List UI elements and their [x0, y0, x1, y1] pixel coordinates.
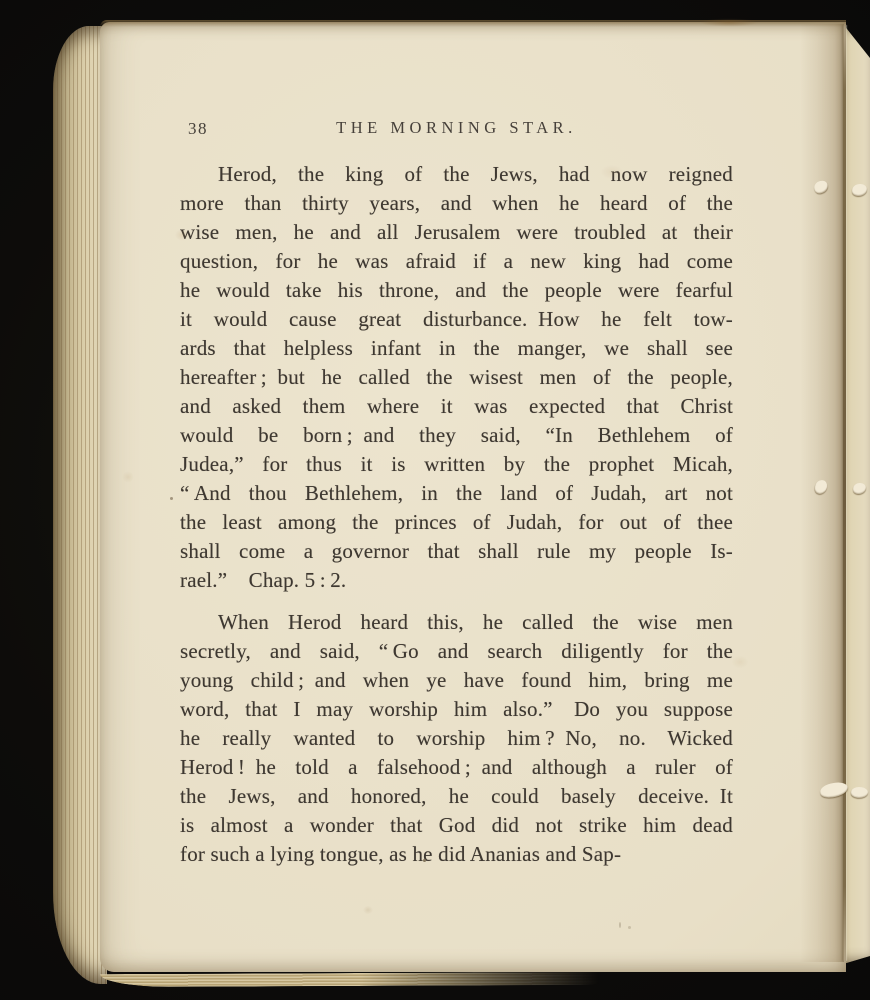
- text-block: Herod, the king of the Jews, had now rei…: [180, 160, 733, 869]
- text-line: word, that I may worship him also.” Do y…: [180, 695, 733, 724]
- book-page: 38 THE MORNING STAR. Herod, the king of …: [100, 22, 846, 972]
- text-line: is almost a wonder that God did not stri…: [180, 811, 733, 840]
- text-line: he would take his throne, and the people…: [180, 276, 733, 305]
- book-photo-scene: 38 THE MORNING STAR. Herod, the king of …: [0, 0, 870, 1000]
- stray-ink-dot: [170, 497, 173, 500]
- text-line: more than thirty years, and when he hear…: [180, 189, 733, 218]
- top-edge-stain: [690, 17, 768, 28]
- text-line: hereafter ; but he called the wisest men…: [180, 363, 733, 392]
- page-stack-edge-left: [53, 26, 107, 984]
- text-line: he really wanted to worship him ? No, no…: [180, 724, 733, 753]
- page-stack-edge-bottom: [100, 972, 620, 987]
- text-line: and asked them where it was expected tha…: [180, 392, 733, 421]
- faint-pencil-mark: [619, 922, 621, 928]
- text-line: would be born ; and they said, “In Bethl…: [180, 421, 733, 450]
- text-line: rael.” Chap. 5 : 2.: [180, 566, 733, 595]
- text-line: young child ; and when ye have found him…: [180, 666, 733, 695]
- text-line: question, for he was afraid if a new kin…: [180, 247, 733, 276]
- text-line: for such a lying tongue, as he did Anani…: [180, 840, 733, 869]
- text-line: shall come a governor that shall rule my…: [180, 537, 733, 566]
- paragraph: When Herod heard this, he called the wis…: [180, 608, 733, 869]
- text-line: When Herod heard this, he called the wis…: [180, 608, 733, 637]
- stray-ink-dot: [423, 859, 426, 862]
- gutter-fold-line: [843, 25, 846, 961]
- text-line: secretly, and said, “ Go and search dili…: [180, 637, 733, 666]
- text-line: wise men, he and all Jerusalem were trou…: [180, 218, 733, 247]
- page-title: THE MORNING STAR.: [180, 118, 733, 138]
- paragraph: Herod, the king of the Jews, had now rei…: [180, 160, 733, 595]
- text-line: ards that helpless infant in the manger,…: [180, 334, 733, 363]
- text-line: the least among the princes of Judah, fo…: [180, 508, 733, 537]
- text-line: it would cause great disturbance. How he…: [180, 305, 733, 334]
- faint-pencil-mark: [628, 926, 631, 929]
- next-page-sliver: [843, 24, 870, 964]
- text-line: the Jews, and honored, he could basely d…: [180, 782, 733, 811]
- text-line: Herod ! he told a falsehood ; and althou…: [180, 753, 733, 782]
- running-head: 38 THE MORNING STAR.: [180, 118, 733, 142]
- text-line: “ And thou Bethlehem, in the land of Jud…: [180, 479, 733, 508]
- text-line: Judea,” for thus it is written by the pr…: [180, 450, 733, 479]
- text-line: Herod, the king of the Jews, had now rei…: [180, 160, 733, 189]
